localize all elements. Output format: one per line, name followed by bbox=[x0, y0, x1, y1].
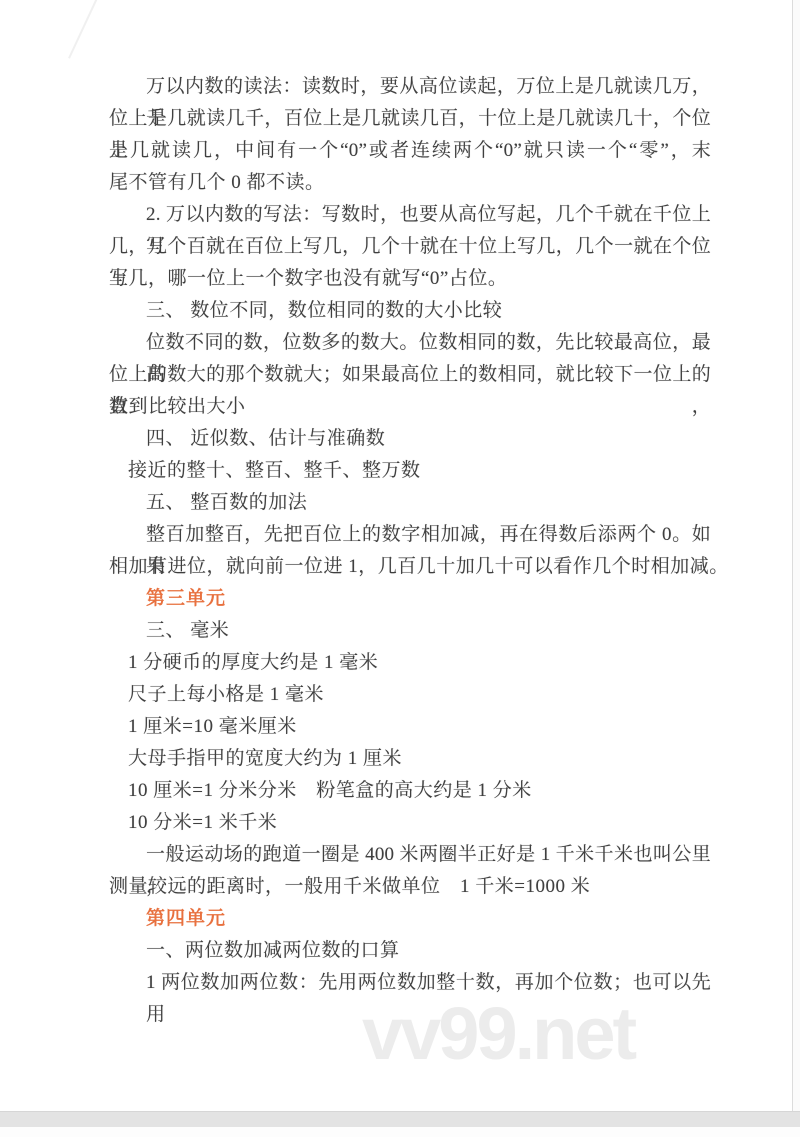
scan-corner-artifact bbox=[68, 0, 98, 59]
page-right-border bbox=[792, 0, 800, 1137]
text-line: 几，几个百就在百位上写几，几个十就在十位上写几，几个一就在个位上 bbox=[109, 231, 711, 263]
text-line: 写几，哪一位上一个数字也没有就写“0”占位。 bbox=[109, 263, 711, 295]
text-line: 是几就读几，中间有一个“0”或者连续两个“0”就只读一个“零”，末 bbox=[109, 135, 711, 167]
text-line: 三、 数位不同，数位相同的数的大小比较 bbox=[109, 295, 711, 327]
text-line: 测量较远的距离时，一般用千米做单位 1 千米=1000 米 bbox=[109, 871, 711, 903]
text-line: 五、 整百数的加法 bbox=[109, 487, 711, 519]
text-line: 三、 毫米 bbox=[109, 615, 711, 647]
unit-heading: 第三单元 bbox=[109, 583, 711, 615]
text-line: 1 厘米=10 毫米厘米 bbox=[109, 711, 711, 743]
text-line: 位上是几就读几千，百位上是几就读几百，十位上是几就读几十，个位上 bbox=[109, 103, 711, 135]
text-line: 1 分硬币的厚度大约是 1 毫米 bbox=[109, 647, 711, 679]
document-viewer: 万以内数的读法：读数时，要从高位读起，万位上是几就读几万，千位上是几就读几千，百… bbox=[0, 0, 800, 1137]
text-line: 相加有进位，就向前一位进 1，几百几十加几十可以看作几个时相加减。 bbox=[109, 551, 711, 583]
watermark: vv99.net bbox=[362, 997, 634, 1071]
text-line: 10 分米=1 米千米 bbox=[109, 807, 711, 839]
text-line: 位上的数大的那个数就大；如果最高位上的数相同，就比较下一位上的数， bbox=[109, 359, 711, 391]
next-page-edge bbox=[0, 1127, 800, 1137]
text-line: 尾不管有几个 0 都不读。 bbox=[109, 167, 711, 199]
text-line: 四、 近似数、估计与准确数 bbox=[109, 423, 711, 455]
text-line: 接近的整十、整百、整千、整万数 bbox=[109, 455, 711, 487]
text-line: 一般运动场的跑道一圈是 400 米两圈半正好是 1 千米千米也叫公里 ， bbox=[109, 839, 711, 871]
text-line: 万以内数的读法：读数时，要从高位读起，万位上是几就读几万，千 bbox=[109, 71, 711, 103]
text-line: 一、两位数加减两位数的口算 bbox=[109, 935, 711, 967]
page-gap-band bbox=[0, 1111, 800, 1128]
text-line: 10 厘米=1 分米分米 粉笔盒的高大约是 1 分米 bbox=[109, 775, 711, 807]
unit-heading: 第四单元 bbox=[109, 903, 711, 935]
text-line: 尺子上每小格是 1 毫米 bbox=[109, 679, 711, 711]
document-page: 万以内数的读法：读数时，要从高位读起，万位上是几就读几万，千位上是几就读几千，百… bbox=[0, 0, 793, 1111]
text-line: 位数不同的数，位数多的数大。位数相同的数，先比较最高位，最高 bbox=[109, 327, 711, 359]
text-line: 2. 万以内数的写法：写数时，也要从高位写起，几个千就在千位上写 bbox=[109, 199, 711, 231]
text-line: 整百加整百，先把百位上的数字相加减，再在得数后添两个 0。如果 bbox=[109, 519, 711, 551]
text-line: 大母手指甲的宽度大约为 1 厘米 bbox=[109, 743, 711, 775]
document-text: 万以内数的读法：读数时，要从高位读起，万位上是几就读几万，千位上是几就读几千，百… bbox=[109, 71, 711, 999]
